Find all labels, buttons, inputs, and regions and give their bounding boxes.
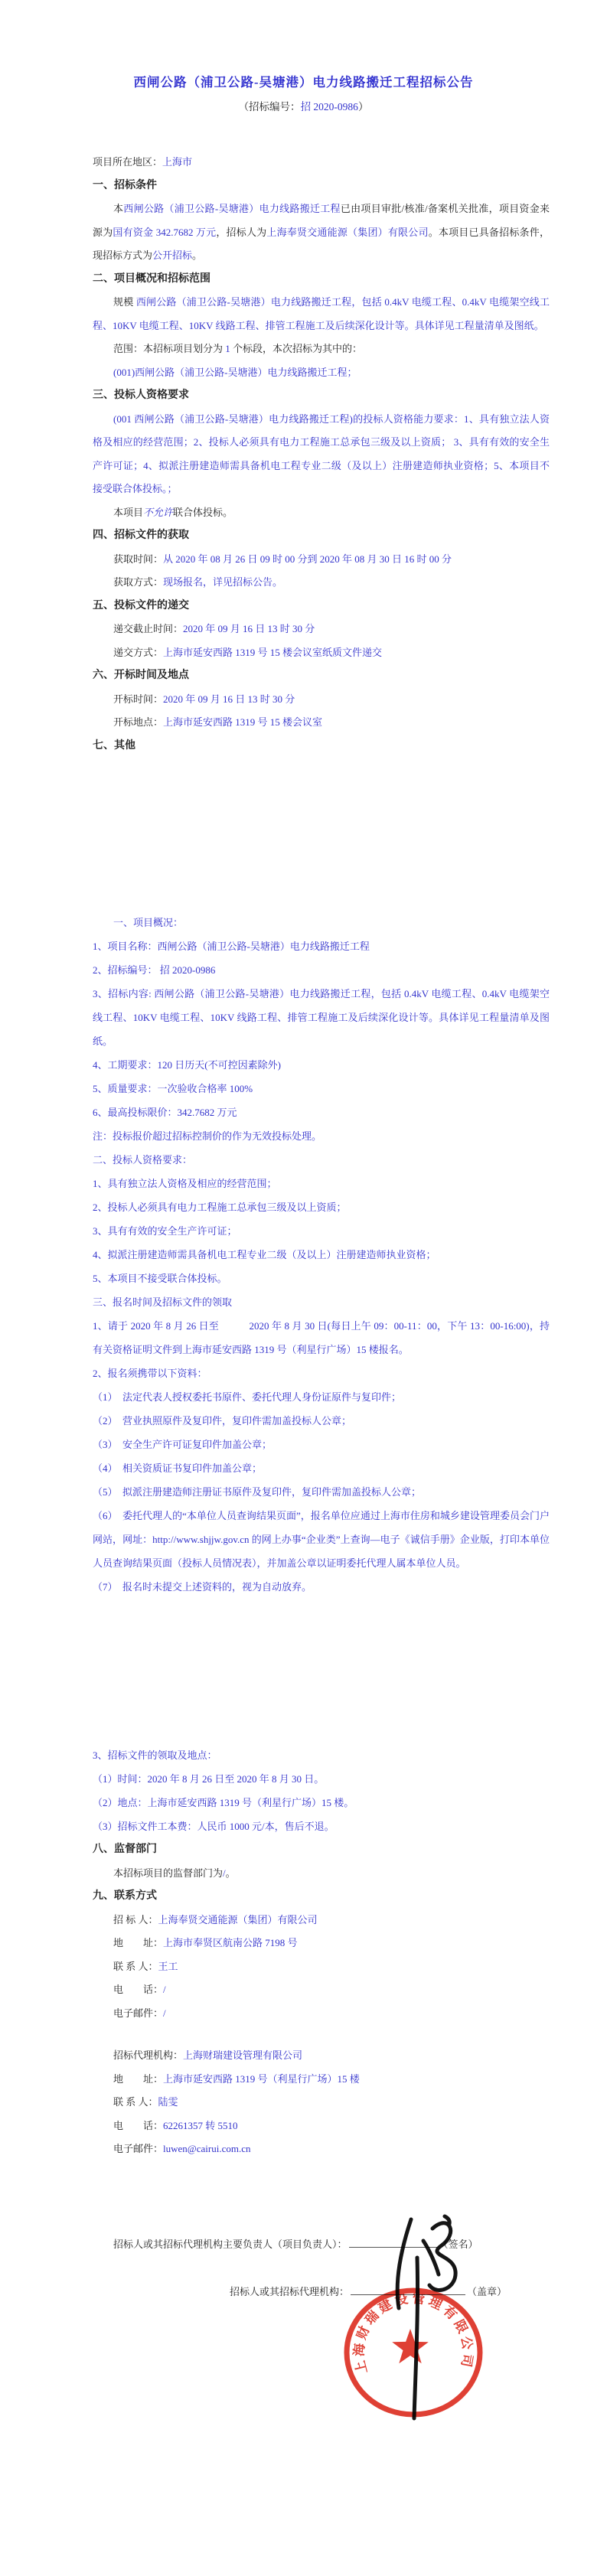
text-run: 1、具有独立法人资格及相应的经营范围； bbox=[93, 1178, 277, 1189]
text-run: 开标时间： bbox=[113, 693, 163, 705]
text-run: 2020 年 09 月 16 日 13 时 30 分 bbox=[163, 693, 295, 705]
paragraph: 3、具有有效的安全生产许可证； bbox=[93, 1219, 550, 1243]
paragraph: （4） 相关资质证书复印件加盖公章； bbox=[93, 1456, 550, 1480]
text-run: 现场报名，详见招标公告。 bbox=[163, 576, 282, 588]
document-flow: 项目所在地区：上海市一、招标条件本西闸公路（浦卫公路-吴塘港）电力线路搬迁工程已… bbox=[93, 139, 550, 2304]
text-run: 上海市延安西路 1319 号 15 楼会议室 bbox=[163, 716, 322, 728]
paragraph: 获取时间：从 2020 年 08 月 26 日 09 时 00 分到 2020 … bbox=[93, 548, 550, 572]
paragraph: 规模 西闸公路（浦卫公路-吴塘港）电力线路搬迁工程，包括 0.4kV 电缆工程、… bbox=[93, 291, 550, 337]
contact-line: 电子邮件：/ bbox=[93, 2002, 550, 2026]
text-run: 五、投标文件的递交 bbox=[93, 600, 189, 611]
text-run: 二、投标人资格要求： bbox=[93, 1154, 192, 1166]
text-run: 王工 bbox=[158, 1961, 178, 1972]
paragraph: （1） 法定代表人授权委托书原件、委托代理人身份证原件与复印件； bbox=[93, 1385, 550, 1409]
text-run: 上海市 bbox=[162, 156, 192, 168]
text-run: 本项目 bbox=[113, 507, 143, 518]
text-run: 西闸公路（浦卫公路-吴塘港）电力线路搬迁工程 bbox=[123, 203, 341, 214]
text-run: 个标段，本次招标为其中的： bbox=[230, 343, 362, 354]
tender-announcement-page: 西闸公路（浦卫公路-吴塘港）电力线路搬迁工程招标公告 （招标编号：招 2020-… bbox=[0, 0, 607, 2576]
paragraph: （6） 委托代理人的“本单位人员查询结果页面”，报名单位应通过上海市住房和城乡建… bbox=[93, 1504, 550, 1575]
paragraph: 4、拟派注册建造师需具备机电工程专业二级（及以上）注册建造师执业资格； bbox=[93, 1243, 550, 1267]
text-run: 2020 年 09 月 16 日 13 时 30 分 bbox=[183, 623, 315, 634]
paragraph: （2） 营业执照原件及复印件，复印件需加盖投标人公章； bbox=[93, 1409, 550, 1433]
text-run: （4） 相关资质证书复印件加盖公章； bbox=[93, 1462, 262, 1474]
paragraph: 本招标项目的监督部门为/。 bbox=[93, 1862, 550, 1886]
paragraph: 3、招标文件的领取及地点： bbox=[93, 1743, 550, 1767]
text-run: 2、招标编号： 招 2020-0986 bbox=[93, 964, 215, 976]
text-run: 4、拟派注册建造师需具备机电工程专业二级（及以上）注册建造师执业资格； bbox=[93, 1249, 436, 1260]
paragraph: 3、招标内容: 西闸公路（浦卫公路-吴塘港）电力线路搬迁工程，包括 0.4kV … bbox=[93, 982, 550, 1053]
handwritten-signature bbox=[379, 2210, 478, 2428]
section-heading-4: 四、招标文件的获取 bbox=[93, 524, 550, 548]
contact-line: 地 址：上海市延安西路 1319 号（利星行广场）15 楼 bbox=[93, 2068, 550, 2092]
paragraph: 递交方式：上海市延安西路 1319 号 15 楼会议室纸质文件递交 bbox=[93, 641, 550, 665]
paragraph: 5、质量要求：一次验收合格率 100% bbox=[93, 1077, 550, 1101]
text-run: 地 址： bbox=[113, 1937, 163, 1948]
paragraph: （7） 报名时未提交上述资料的，视为自动放弃。 bbox=[93, 1575, 550, 1599]
section-heading-6: 六、开标时间及地点 bbox=[93, 664, 550, 688]
contact-line: 招标代理机构：上海财瑞建设管理有限公司 bbox=[93, 2044, 550, 2068]
text-run: 七、其他 bbox=[93, 740, 135, 752]
text-run: 3、招标内容: 西闸公路（浦卫公路-吴塘港）电力线路搬迁工程，包括 0.4kV … bbox=[93, 988, 550, 1047]
text-run: （2） 营业执照原件及复印件，复印件需加盖投标人公章； bbox=[93, 1415, 351, 1427]
text-run: 三、报名时间及招标文件的领取 bbox=[93, 1296, 232, 1308]
text-run: 西闸公路（浦卫公路-吴塘港）电力线路搬迁工程，包括 0.4kV 电缆工程、0.4… bbox=[93, 296, 550, 331]
page-title: 西闸公路（浦卫公路-吴塘港）电力线路搬迁工程招标公告 bbox=[0, 74, 607, 91]
text-run: 获取时间： bbox=[113, 553, 163, 565]
signature-line-1: 招标人或其招标代理机构主要负责人（项目负责人）：（签名） bbox=[113, 2233, 550, 2257]
text-run: 招 标 人： bbox=[113, 1914, 158, 1925]
text-run: 。 bbox=[226, 1867, 236, 1879]
text-run: / bbox=[163, 2007, 166, 2019]
paragraph: 4、工期要求：120 日历天(不可控因素除外) bbox=[93, 1053, 550, 1077]
text-run: 联 系 人： bbox=[113, 1961, 158, 1972]
text-run: 陆雯 bbox=[158, 2096, 178, 2108]
text-run: ，招标人为 bbox=[216, 227, 266, 238]
contact-line: 地 址：上海市奉贤区航南公路 7198 号 bbox=[93, 1932, 550, 1955]
text-run: 项目所在地区： bbox=[93, 156, 162, 168]
tender-number-line: （招标编号：招 2020-0986） bbox=[0, 99, 607, 116]
text-run: 规模 bbox=[113, 296, 136, 308]
text-run: 一、招标条件 bbox=[93, 180, 157, 191]
contact-line: 招 标 人：上海奉贤交通能源（集团）有限公司 bbox=[93, 1909, 550, 1932]
document-header: 西闸公路（浦卫公路-吴塘港）电力线路搬迁工程招标公告 （招标编号：招 2020-… bbox=[0, 74, 607, 116]
text-run: （7） 报名时未提交上述资料的，视为自动放弃。 bbox=[93, 1581, 312, 1593]
contact-line: 电 话：/ bbox=[93, 1978, 550, 2002]
text-run: 2、报名须携带以下资料： bbox=[93, 1368, 207, 1379]
text-run: 一、项目概况： bbox=[113, 917, 183, 928]
text-run: 二、项目概况和招标范围 bbox=[93, 273, 210, 285]
text-run: 5、质量要求：一次验收合格率 100% bbox=[93, 1083, 253, 1094]
text-run: (001)西闸公路（浦卫公路-吴塘港）电力线路搬迁工程； bbox=[113, 367, 357, 378]
text-run: 上海财瑞建设管理有限公司 bbox=[183, 2049, 302, 2061]
paragraph: （2）地点：上海市延安西路 1319 号（利星行广场）15 楼。 bbox=[93, 1791, 550, 1815]
paragraph: 二、投标人资格要求： bbox=[93, 1148, 550, 1172]
paragraph: 1、请于 2020 年 8 月 26 日至 2020 年 8 月 30 日(每日… bbox=[93, 1314, 550, 1361]
text-run: （1） 法定代表人授权委托书原件、委托代理人身份证原件与复印件； bbox=[93, 1391, 401, 1403]
tender-number-prefix: （招标编号： bbox=[239, 101, 301, 112]
paragraph: 1、具有独立法人资格及相应的经营范围； bbox=[93, 1172, 550, 1195]
section-heading-9: 九、联系方式 bbox=[93, 1885, 550, 1909]
text-run: 公开招标 bbox=[152, 249, 192, 261]
text-run: / bbox=[163, 1984, 166, 1995]
text-run: 电子邮件： bbox=[113, 2007, 163, 2019]
text-run: 2、投标人必须具有电力工程施工总承包三级及以上资质； bbox=[93, 1202, 347, 1213]
text-run: 上海市奉贤区航南公路 7198 号 bbox=[163, 1937, 298, 1948]
text-run: 3、具有有效的安全生产许可证； bbox=[93, 1225, 237, 1237]
text-run: （3） 安全生产许可证复印件加盖公章； bbox=[93, 1439, 272, 1450]
text-run: 。 bbox=[192, 249, 202, 261]
paragraph: （1）时间：2020 年 8 月 26 日至 2020 年 8 月 30 日。 bbox=[93, 1767, 550, 1791]
tender-number-value: 招 2020-0986 bbox=[301, 101, 358, 112]
text-run: 获取方式： bbox=[113, 576, 163, 588]
text-run: 递交截止时间： bbox=[113, 623, 183, 634]
text-run: 四、招标文件的获取 bbox=[93, 530, 189, 541]
text-run: （2）地点：上海市延安西路 1319 号（利星行广场）15 楼。 bbox=[93, 1797, 354, 1808]
text-run: （1）时间：2020 年 8 月 26 日至 2020 年 8 月 30 日。 bbox=[93, 1773, 324, 1785]
text-run: 联合体投标。 bbox=[173, 507, 233, 518]
paragraph: (001)西闸公路（浦卫公路-吴塘港）电力线路搬迁工程； bbox=[93, 361, 550, 385]
paragraph: 开标地点：上海市延安西路 1319 号 15 楼会议室 bbox=[93, 711, 550, 735]
paragraph: 5、本项目不接受联合体投标。 bbox=[93, 1267, 550, 1290]
paragraph: (001 西闸公路（浦卫公路-吴塘港）电力线路搬迁工程)的投标人资格能力要求：1… bbox=[93, 408, 550, 501]
text-run: 九、联系方式 bbox=[93, 1890, 157, 1902]
text-run: 本 bbox=[113, 203, 123, 214]
paragraph: 三、报名时间及招标文件的领取 bbox=[93, 1290, 550, 1314]
text-run: 电 话： bbox=[113, 2120, 163, 2131]
text-run: 上海奉贤交通能源（集团）有限公司 bbox=[158, 1914, 318, 1925]
text-run: 电子邮件： bbox=[113, 2143, 163, 2154]
section-heading-8: 八、监督部门 bbox=[93, 1838, 550, 1862]
text-run: 递交方式： bbox=[113, 647, 163, 658]
text-run: (001 西闸公路（浦卫公路-吴塘港）电力线路搬迁工程)的投标人资格能力要求：1… bbox=[93, 413, 550, 495]
paragraph: 一、项目概况： bbox=[113, 911, 550, 934]
text-run: 三、投标人资格要求 bbox=[93, 390, 189, 401]
text-run: 招标人或其招标代理机构： bbox=[230, 2286, 349, 2297]
tender-number-suffix: ） bbox=[358, 101, 369, 112]
text-run: （3）招标文件工本费：人民币 1000 元/本，售后不退。 bbox=[93, 1821, 335, 1832]
paragraph: 2、投标人必须具有电力工程施工总承包三级及以上资质； bbox=[93, 1195, 550, 1219]
paragraph: 1、项目名称：西闸公路（浦卫公路-吴塘港）电力线路搬迁工程 bbox=[93, 934, 550, 958]
text-run: 电 话： bbox=[113, 1984, 163, 1995]
text-run: 范围：本招标项目划分为 bbox=[113, 343, 225, 354]
section-heading-2: 二、项目概况和招标范围 bbox=[93, 268, 550, 292]
text-run: 62261357 转 5510 bbox=[163, 2120, 238, 2131]
text-run: 招标代理机构： bbox=[113, 2049, 183, 2061]
text-run: 开标地点： bbox=[113, 716, 163, 728]
contact-line: 联 系 人：王工 bbox=[93, 1955, 550, 1979]
text-run: 5、本项目不接受联合体投标。 bbox=[93, 1273, 227, 1284]
text-run: 地 址： bbox=[113, 2073, 163, 2085]
text-run: 1、项目名称：西闸公路（浦卫公路-吴塘港）电力线路搬迁工程 bbox=[93, 941, 370, 952]
text-run: 6、最高投标限价：342.7682 万元 bbox=[93, 1107, 237, 1118]
paragraph: 本项目不允许联合体投标。 bbox=[93, 501, 550, 525]
text-run: 3、招标文件的领取及地点： bbox=[93, 1749, 217, 1761]
section-heading-7: 七、其他 bbox=[93, 735, 550, 758]
text-run: 八、监督部门 bbox=[93, 1844, 157, 1855]
text-run: （5） 拟派注册建造师注册证书原件及复印件，复印件需加盖投标人公章； bbox=[93, 1486, 421, 1498]
text-run: 本招标项目的监督部门为 bbox=[113, 1867, 223, 1879]
section-heading-1: 一、招标条件 bbox=[93, 174, 550, 198]
location-line: 项目所在地区：上海市 bbox=[93, 151, 550, 174]
paragraph: （3）招标文件工本费：人民币 1000 元/本，售后不退。 bbox=[93, 1815, 550, 1838]
paragraph: 递交截止时间：2020 年 09 月 16 日 13 时 30 分 bbox=[93, 618, 550, 641]
paragraph: （5） 拟派注册建造师注册证书原件及复印件，复印件需加盖投标人公章； bbox=[93, 1480, 550, 1504]
text-run: 国有资金 342.7682 万元 bbox=[113, 227, 216, 238]
text-run: 上海奉贤交通能源（集团）有限公司 bbox=[266, 227, 428, 238]
text-run: 不允许 bbox=[143, 507, 173, 518]
paragraph: 范围：本招标项目划分为 1 个标段，本次招标为其中的： bbox=[93, 337, 550, 361]
text-run: （6） 委托代理人的“本单位人员查询结果页面”，报名单位应通过上海市住房和城乡建… bbox=[93, 1510, 550, 1569]
section-heading-3: 三、投标人资格要求 bbox=[93, 384, 550, 408]
paragraph: 2、报名须携带以下资料： bbox=[93, 1361, 550, 1385]
paragraph: 开标时间：2020 年 09 月 16 日 13 时 30 分 bbox=[93, 688, 550, 712]
text-run: 上海市延安西路 1319 号（利星行广场）15 楼 bbox=[163, 2073, 360, 2085]
text-run: 上海市延安西路 1319 号 15 楼会议室纸质文件递交 bbox=[163, 647, 382, 658]
text-run: 从 2020 年 08 月 26 日 09 时 00 分到 2020 年 08 … bbox=[163, 553, 452, 565]
text-run: 4、工期要求：120 日历天(不可控因素除外) bbox=[93, 1059, 281, 1071]
text-run: 六、开标时间及地点 bbox=[93, 670, 189, 681]
paragraph: 本西闸公路（浦卫公路-吴塘港）电力线路搬迁工程已由项目审批/核准/备案机关批准，… bbox=[93, 197, 550, 268]
section-heading-5: 五、投标文件的递交 bbox=[93, 595, 550, 618]
text-run: 招标人或其招标代理机构主要负责人（项目负责人）： bbox=[113, 2239, 348, 2250]
paragraph: 6、最高投标限价：342.7682 万元 bbox=[93, 1101, 550, 1124]
text-run: 联 系 人： bbox=[113, 2096, 158, 2108]
text-run: 1、请于 2020 年 8 月 26 日至 2020 年 8 月 30 日(每日… bbox=[93, 1320, 550, 1355]
paragraph: （3） 安全生产许可证复印件加盖公章； bbox=[93, 1433, 550, 1456]
contact-line: 联 系 人：陆雯 bbox=[93, 2091, 550, 2115]
paragraph: 2、招标编号： 招 2020-0986 bbox=[93, 958, 550, 982]
text-run: luwen@cairui.com.cn bbox=[163, 2143, 251, 2154]
contact-line: 电子邮件：luwen@cairui.com.cn bbox=[93, 2137, 550, 2161]
text-run: 注：投标报价超过招标控制价的作为无效投标处理。 bbox=[93, 1130, 321, 1142]
paragraph: 获取方式：现场报名，详见招标公告。 bbox=[93, 571, 550, 595]
contact-line: 电 话：62261357 转 5510 bbox=[93, 2115, 550, 2138]
paragraph: 注：投标报价超过招标控制价的作为无效投标处理。 bbox=[93, 1124, 550, 1148]
